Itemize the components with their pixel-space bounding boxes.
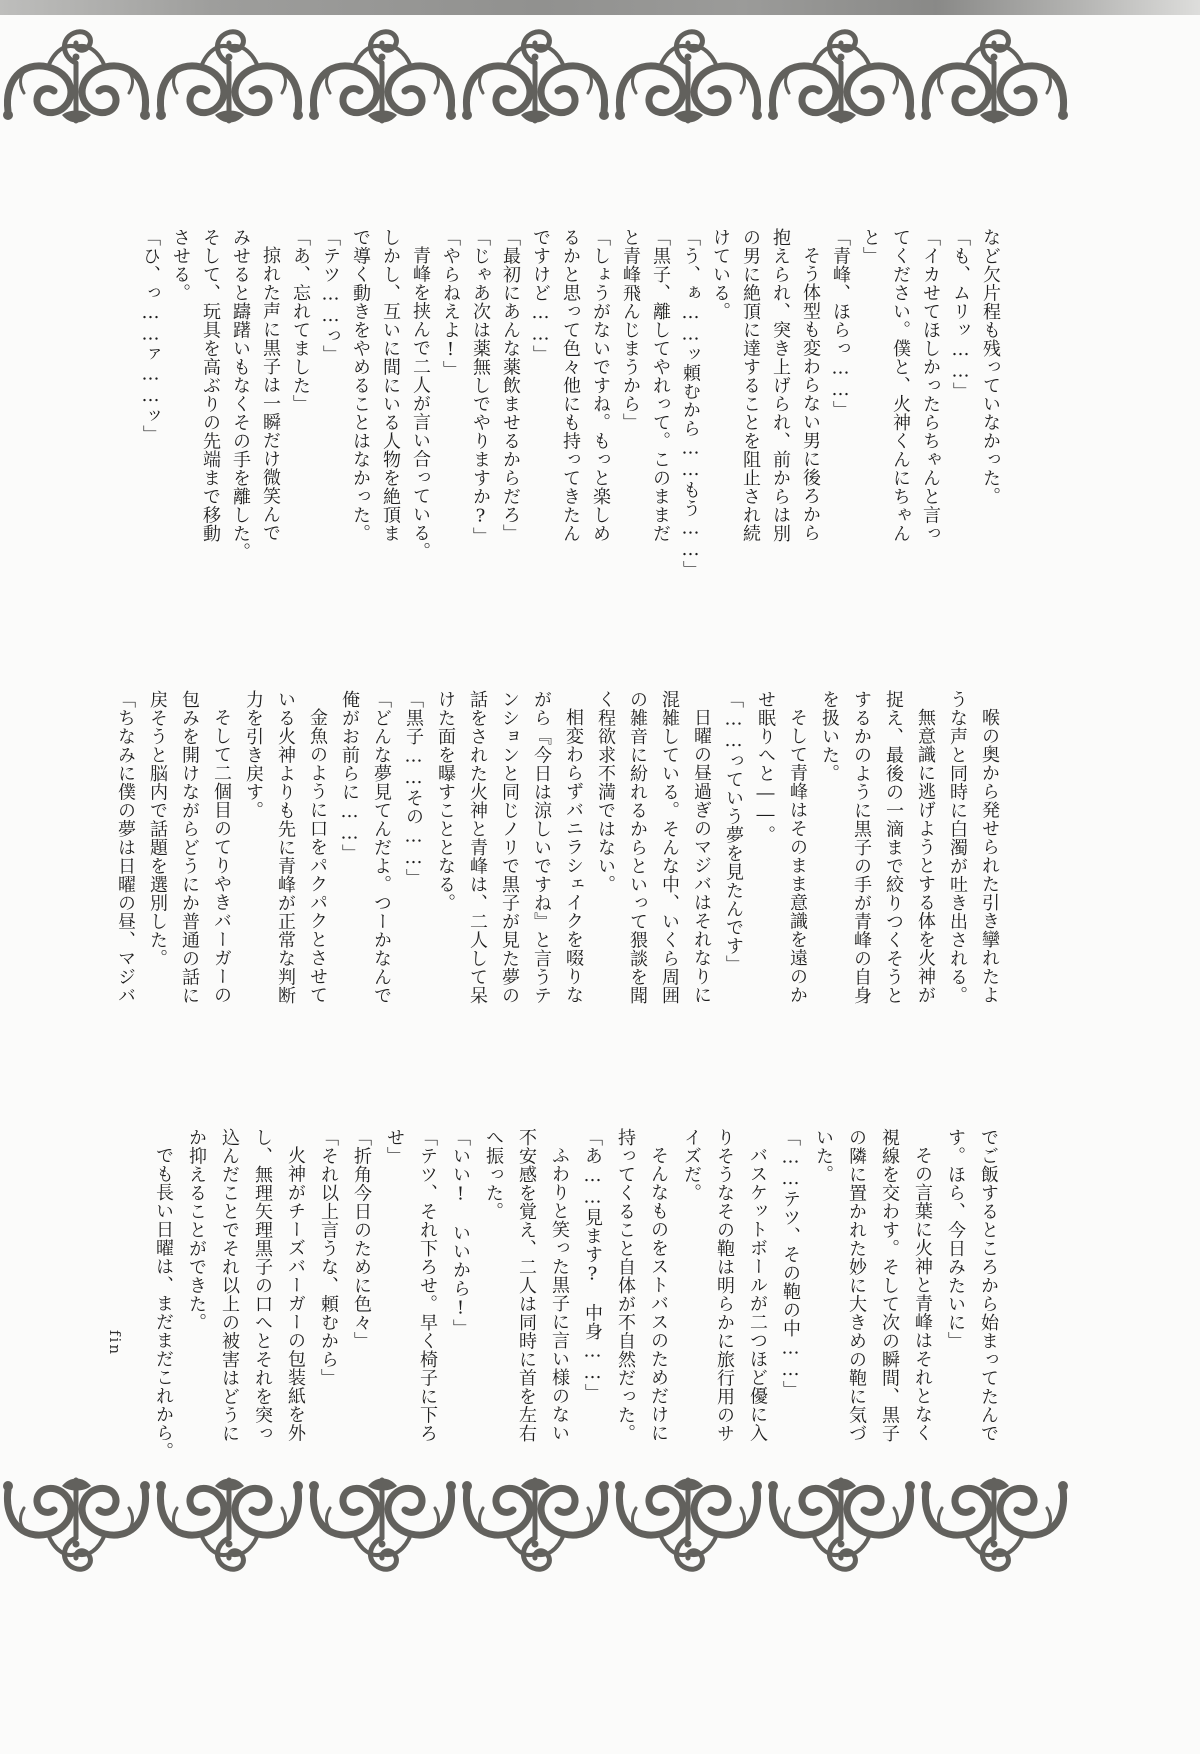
text-column: がら『今日は涼しいですね』と言うテ: [525, 690, 557, 1026]
text-column: 火神がチーズバーガーの包装紙を外: [279, 1128, 312, 1464]
text-column: 「やらねえよ!」: [435, 228, 465, 564]
text-column: 「黒子、離してやれって。このままだ: [645, 228, 675, 564]
text-column: へ振った。: [477, 1128, 510, 1464]
text-column: バスケットボールが二つほど優に入: [741, 1128, 774, 1464]
text-column: ですけど……」: [525, 228, 555, 564]
text-column: でご飯するところから始まってたんで: [972, 1128, 1005, 1464]
text-column: しかし、互いに間にいる人物を絶頂ま: [375, 228, 405, 564]
text-column: けた面を曝すこととなる。: [429, 690, 461, 1026]
text-column: 「ひ、っ……ァ……ッ」: [135, 228, 165, 564]
text-column: いる火神よりも先に青峰が正常な判断: [269, 690, 301, 1026]
text-column: そして、玩具を高ぶりの先端まで移動: [195, 228, 225, 564]
text-column: させる。: [165, 228, 195, 564]
text-column: 俺がお前らに……」: [333, 690, 365, 1026]
text-column: 捉え、最後の一滴まで絞りつくそうと: [877, 690, 909, 1026]
text-column: 「最初にあんな薬飲ませるからだろ」: [495, 228, 525, 564]
damask-scroll-graphic: [0, 23, 1072, 129]
text-column: 「折角今日のために色々」: [345, 1128, 378, 1464]
text-column: するかのように黒子の手が青峰の自身: [845, 690, 877, 1026]
text-column: か抑えることができた。: [180, 1128, 213, 1464]
text-column: の男に絶頂に達することを阻止され続: [735, 228, 765, 564]
text-column: 力を引き戻す。: [237, 690, 269, 1026]
text-column: ふわりと笑った黒子に言い様のない: [543, 1128, 576, 1464]
text-column: 「……テツ、その鞄の中……」: [774, 1128, 807, 1464]
text-column: でも長い日曜は、まだまだこれから。: [147, 1128, 180, 1464]
text-column: みせると躊躇いもなくその手を離した。: [225, 228, 255, 564]
text-column: 「う、ぁ……ッ頼むから……もう……」: [675, 228, 705, 564]
text-column: るかと思って色々他にも持ってきたん: [555, 228, 585, 564]
text-column: の雑音に紛れるからといって猥談を聞: [621, 690, 653, 1026]
text-column: す。ほら、今日みたいに」: [939, 1128, 972, 1464]
text-column: いた。: [807, 1128, 840, 1464]
text-column: 抱えられ、突き上げられ、前からは別: [765, 228, 795, 564]
text-column: うな声と同時に白濁が吐き出される。: [941, 690, 973, 1026]
text-column: りそうなその鞄は明らかに旅行用のサ: [708, 1128, 741, 1464]
text-column: けている。: [705, 228, 735, 564]
text-column: 包みを開けながらどうにか普通の話に: [173, 690, 205, 1026]
text-column: その言葉に火神と青峰はそれとなく: [906, 1128, 939, 1464]
text-block-3: でご飯するところから始まってたんです。ほら、今日みたいに」その言葉に火神と青峰は…: [147, 1128, 1005, 1464]
text-block-1: など欠片程も残っていなかった。「も、ムリッ……」「イカせてほしかったらちゃんと言…: [135, 228, 1005, 564]
scanned-page: { "page": { "background": "#fbfbfa", "in…: [0, 0, 1200, 1754]
text-column: 無意識に逃げようとする体を火神が: [909, 690, 941, 1026]
text-column: と青峰飛んじまうから」: [615, 228, 645, 564]
text-column: 「テツ、それ下ろせ。早く椅子に下ろ: [411, 1128, 444, 1464]
text-column: 持ってくること自体が不自然だった。: [609, 1128, 642, 1464]
text-column: 「も、ムリッ……」: [945, 228, 975, 564]
text-column: 「あ、忘れてました」: [285, 228, 315, 564]
text-column: 込んだことでそれ以上の被害はどうに: [213, 1128, 246, 1464]
text-column: 話をされた火神と青峰は、二人して呆: [461, 690, 493, 1026]
text-column: 「しょうがないですね。もっと楽しめ: [585, 228, 615, 564]
text-column: ンションと同じノリで黒子が見た夢の: [493, 690, 525, 1026]
text-column: 「あ……見ます? 中身……」: [576, 1128, 609, 1464]
text-column: イズだ。: [675, 1128, 708, 1464]
text-column: など欠片程も残っていなかった。: [975, 228, 1005, 564]
text-block-2: 喉の奥から発せられた引き攣れたような声と同時に白濁が吐き出される。無意識に逃げよ…: [109, 690, 1005, 1026]
text-column: そんなものをストバスのためだけに: [642, 1128, 675, 1464]
text-column: てください。僕と、火神くんにちゃん: [885, 228, 915, 564]
text-column: の隣に置かれた妙に大きめの鞄に気づ: [840, 1128, 873, 1464]
text-column: そして二個目のてりやきバーガーの: [205, 690, 237, 1026]
text-column: 金魚のように口をパクパクとさせて: [301, 690, 333, 1026]
text-column: せ眠りへと――。: [749, 690, 781, 1026]
text-column: 日曜の昼過ぎのマジバはそれなりに: [685, 690, 717, 1026]
text-column: せ」: [378, 1128, 411, 1464]
text-column: 相変わらずバニラシェイクを啜りな: [557, 690, 589, 1026]
text-column: 「それ以上言うな、頼むから」: [312, 1128, 345, 1464]
fin-label: fin: [106, 1330, 124, 1356]
text-column: 「黒子……その……」: [397, 690, 429, 1026]
text-column: 視線を交わす。そして次の瞬間、黒子: [873, 1128, 906, 1464]
text-column: と」: [855, 228, 885, 564]
text-column: で導く動きをやめることはなかった。: [345, 228, 375, 564]
text-column: 「どんな夢見てんだよ。つーかなんで: [365, 690, 397, 1026]
damask-scroll-graphic: [0, 1472, 1072, 1578]
text-column: 掠れた声に黒子は一瞬だけ微笑んで: [255, 228, 285, 564]
text-column: 「青峰、ほらっ……」: [825, 228, 855, 564]
text-column: 「イカせてほしかったらちゃんと言っ: [915, 228, 945, 564]
ornament-border-bottom: [0, 1472, 1072, 1578]
text-column: 不安感を覚え、二人は同時に首を左右: [510, 1128, 543, 1464]
text-column: し、無理矢理黒子の口へとそれを突っ: [246, 1128, 279, 1464]
text-column: 「じゃあ次は薬無しでやりますか?」: [465, 228, 495, 564]
text-column: 混雑している。そんな中、いくら周囲: [653, 690, 685, 1026]
text-column: く程欲求不満ではない。: [589, 690, 621, 1026]
text-column: 喉の奥から発せられた引き攣れたよ: [973, 690, 1005, 1026]
text-column: 戻そうと脳内で話題を選別した。: [141, 690, 173, 1026]
text-column: 「テツ……っ」: [315, 228, 345, 564]
text-column: 青峰を挟んで二人が言い合っている。: [405, 228, 435, 564]
text-column: 「ちなみに僕の夢は日曜の昼、マジバ: [109, 690, 141, 1026]
text-column: 「……っていう夢を見たんです」: [717, 690, 749, 1026]
text-column: そして青峰はそのまま意識を遠のか: [781, 690, 813, 1026]
ornament-border-top: [0, 23, 1072, 129]
scan-artifact-strip: [0, 0, 1200, 15]
text-column: 「いい! いいから!」: [444, 1128, 477, 1464]
text-column: を扱いた。: [813, 690, 845, 1026]
text-column: そう体型も変わらない男に後ろから: [795, 228, 825, 564]
